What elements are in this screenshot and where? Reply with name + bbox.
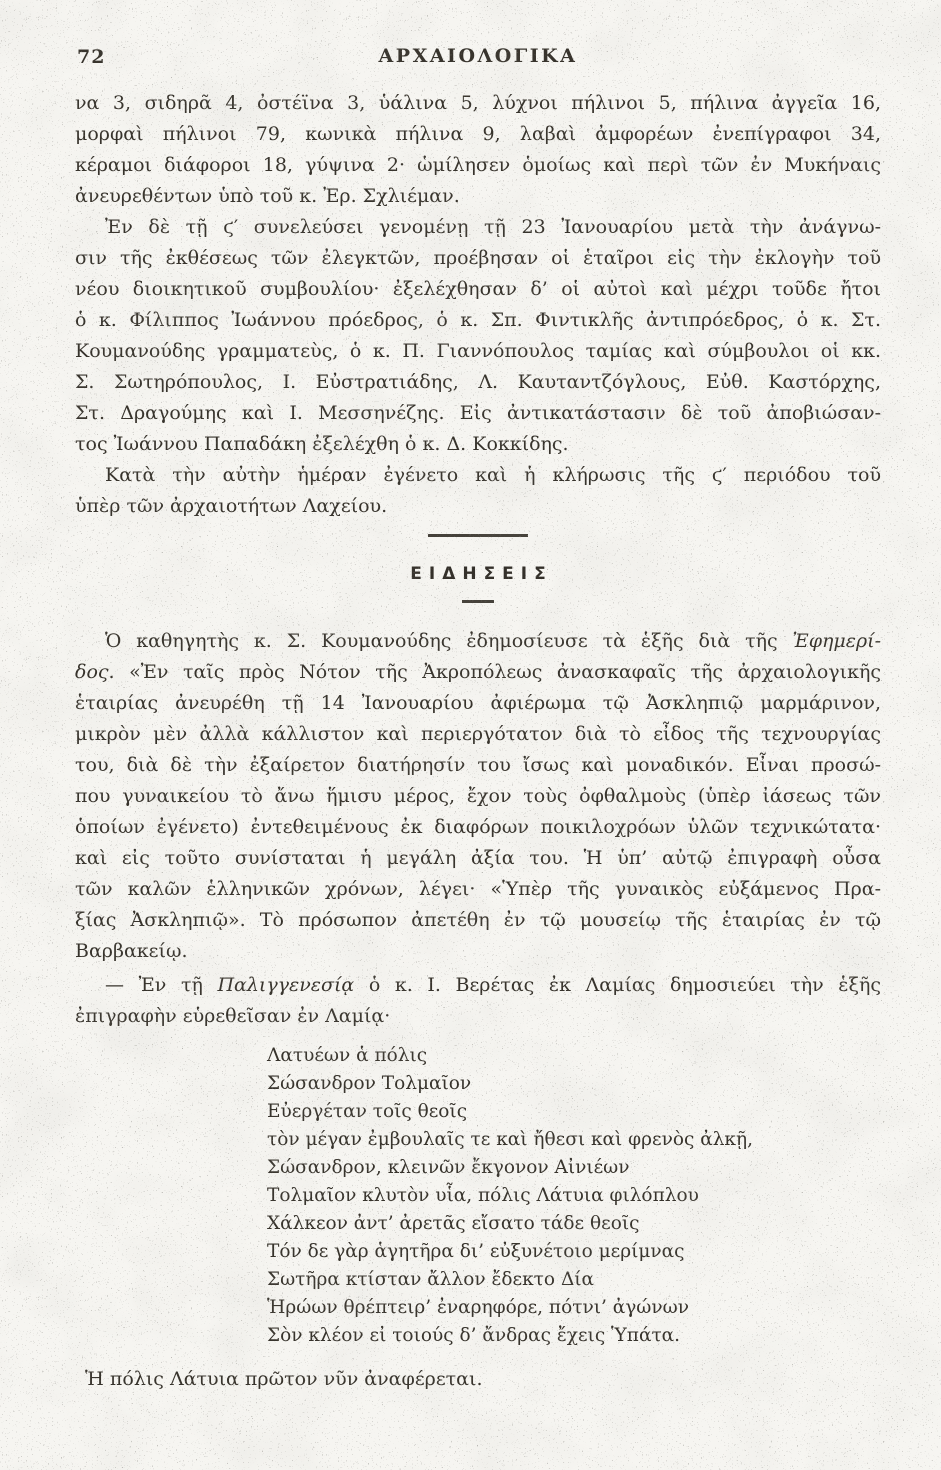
epigram-line: Σωτῆρα κτίσταν ἄλλον ἔδεκτο Δία (267, 1266, 881, 1294)
text-line: Βαρβακείῳ. (75, 936, 881, 967)
epigram-line: Σὸν κλέον εἰ τοιούς δ’ ἄνδρας ἔχεις Ὑπάτ… (267, 1322, 881, 1350)
running-title: ΑΡΧΑΙΟΛΟΓΙΚΑ (75, 45, 881, 67)
text-line: Κουμανούδης γραμματεὺς, ὁ κ. Π. Γιαννόπο… (75, 336, 881, 367)
text-line: ὁποίων ἐγένετο) ἐντεθειμένους ἐκ διαφόρω… (75, 812, 881, 843)
closing-line: Ἡ πόλις Λάτυια πρῶτον νῦν ἀναφέρεται. (75, 1364, 881, 1395)
text-line: τος Ἰωάννου Παπαδάκη ἐξελέχθη ὁ κ. Δ. Κο… (75, 429, 881, 460)
text-line: Ὁ καθηγητὴς κ. Σ. Κουμανούδης ἐδημοσίευσ… (75, 626, 881, 657)
text-line: ἀνευρεθέντων ὑπὸ τοῦ κ. Ἐρ. Σχλιέμαν. (75, 181, 881, 212)
text-line: καὶ εἰς τοῦτο συνίσταται ἡ μεγάλη ἀξία τ… (75, 843, 881, 874)
section-heading: ΕΙΔΗΣΕΙΣ (75, 563, 881, 585)
text-line: ξίας Ἀσκληπιῷ». Τὸ πρόσωπον ἀπετέθη ἐν τ… (75, 905, 881, 936)
text-line: κέραμοι διάφοροι 18, γύψινα 2· ὡμίλησεν … (75, 150, 881, 181)
text-line: τῶν καλῶν ἑλληνικῶν χρόνων, λέγει· «Ὑπὲρ… (75, 874, 881, 905)
text-line: μικρὸν μὲν ἀλλὰ κάλλιστον καὶ περιεργότα… (75, 719, 881, 750)
text-line: σιν τῆς ἐκθέσεως τῶν ἐλεγκτῶν, προέβησαν… (75, 243, 881, 274)
text-line: Κατὰ τὴν αὐτὴν ἡμέραν ἐγένετο καὶ ἡ κλήρ… (75, 460, 881, 491)
section-divider-rule (428, 534, 528, 537)
heading-underline-rule (462, 600, 494, 603)
news-item-2: — Ἐν τῇ Παλιγγενεσίᾳ ὁ κ. Ι. Βερέτας ἐκ … (75, 970, 881, 1032)
text-line: ὑπὲρ τῶν ἀρχαιοτήτων Λαχείου. (75, 491, 881, 522)
epigram-line: Σώσανδρον Τολμαῖον (267, 1070, 881, 1098)
text-line: που γυναικείου τὸ ἄνω ἥμισυ μέρος, ἔχον … (75, 781, 881, 812)
text-line: μορφαὶ πήλινοι 79, κωνικὰ πήλινα 9, λαβα… (75, 119, 881, 150)
report-paragraph-2: Ἐν δὲ τῇ ϛ′ συνελεύσει γενομένῃ τῇ 23 Ἰα… (75, 212, 881, 460)
news-item-1: Ὁ καθηγητὴς κ. Σ. Κουμανούδης ἐδημοσίευσ… (75, 626, 881, 967)
text-line: ὁ κ. Φίλιππος Ἰωάννου πρόεδρος, ὁ κ. Σπ.… (75, 305, 881, 336)
text-line: δος. «Ἐν ταῖς πρὸς Νότον τῆς Ἀκροπόλεως … (75, 657, 881, 688)
epigram-line: τὸν μέγαν ἐμβουλαῖς τε καὶ ἤθεσι καὶ φρε… (267, 1126, 881, 1154)
epigram-line: Λατυέων ἁ πόλις (267, 1042, 881, 1070)
page-body: να 3, σιδηρᾶ 4, ὀστέϊνα 3, ὑάλινα 5, λύχ… (75, 88, 881, 1395)
epigram-line: Σώσανδρον, κλεινῶν ἔκγονον Αἰνιέων (267, 1154, 881, 1182)
journal-name-italic: δος (75, 661, 109, 683)
text-line: νέου διοικητικοῦ συμβουλίου· ἐξελέχθησαν… (75, 274, 881, 305)
text-line: Στ. Δραγούμης καὶ Ι. Μεσσηνέζης. Εἰς ἀντ… (75, 398, 881, 429)
page-header: 72 ΑΡΧΑΙΟΛΟΓΙΚΑ (75, 45, 881, 71)
text-segment: Ὁ καθηγητὴς κ. Σ. Κουμανούδης ἐδημοσίευσ… (105, 630, 793, 652)
text-line: να 3, σιδηρᾶ 4, ὀστέϊνα 3, ὑάλινα 5, λύχ… (75, 88, 881, 119)
scanned-journal-page: 72 ΑΡΧΑΙΟΛΟΓΙΚΑ να 3, σιδηρᾶ 4, ὀστέϊνα … (0, 0, 941, 1470)
text-segment: ὁ κ. Ι. Βερέτας ἐκ Λαμίας δημοσιεύει τὴν… (354, 974, 881, 996)
epigram-line: Ἡρώων θρέπτειρ’ ἐναρηφόρε, πότνι’ ἀγώνων (267, 1294, 881, 1322)
text-line: ἐπιγραφὴν εὑρεθεῖσαν ἐν Λαμίᾳ· (75, 1001, 881, 1032)
epigram-line: Τόν δε γὰρ ἁγητῆρα δι’ εὐξυνέτοιο μερίμν… (267, 1238, 881, 1266)
text-segment: — Ἐν τῇ (105, 974, 217, 996)
report-paragraph-1: να 3, σιδηρᾶ 4, ὀστέϊνα 3, ὑάλινα 5, λύχ… (75, 88, 881, 212)
epigram-block: Λατυέων ἁ πόλις Σώσανδρον Τολμαῖον Εὐεργ… (267, 1042, 881, 1350)
journal-name-italic: Ἐφημερί- (793, 630, 881, 652)
text-line: του, διὰ δὲ τὴν ἐξαίρετον διατήρησίν του… (75, 750, 881, 781)
text-line: ἑταιρίας ἀνευρέθη τῇ 14 Ἰανουαρίου ἀφιέρ… (75, 688, 881, 719)
text-line: Σ. Σωτηρόπουλος, Ι. Εὐστρατιάδης, Λ. Καυ… (75, 367, 881, 398)
report-paragraph-3: Κατὰ τὴν αὐτὴν ἡμέραν ἐγένετο καὶ ἡ κλήρ… (75, 460, 881, 522)
text-segment: . «Ἐν ταῖς πρὸς Νότον τῆς Ἀκροπόλεως ἀνα… (109, 661, 881, 683)
journal-name-italic: Παλιγγενεσίᾳ (217, 974, 354, 996)
epigram-line: Εὐεργέταν τοῖς θεοῖς (267, 1098, 881, 1126)
epigram-line: Τολμαῖον κλυτὸν υἷα, πόλις Λάτυια φιλόπλ… (267, 1182, 881, 1210)
epigram-line: Χάλκεον ἀντ’ ἀρετᾶς εἴσατο τάδε θεοῖς (267, 1210, 881, 1238)
text-line: Ἐν δὲ τῇ ϛ′ συνελεύσει γενομένῃ τῇ 23 Ἰα… (75, 212, 881, 243)
text-line: — Ἐν τῇ Παλιγγενεσίᾳ ὁ κ. Ι. Βερέτας ἐκ … (75, 970, 881, 1001)
